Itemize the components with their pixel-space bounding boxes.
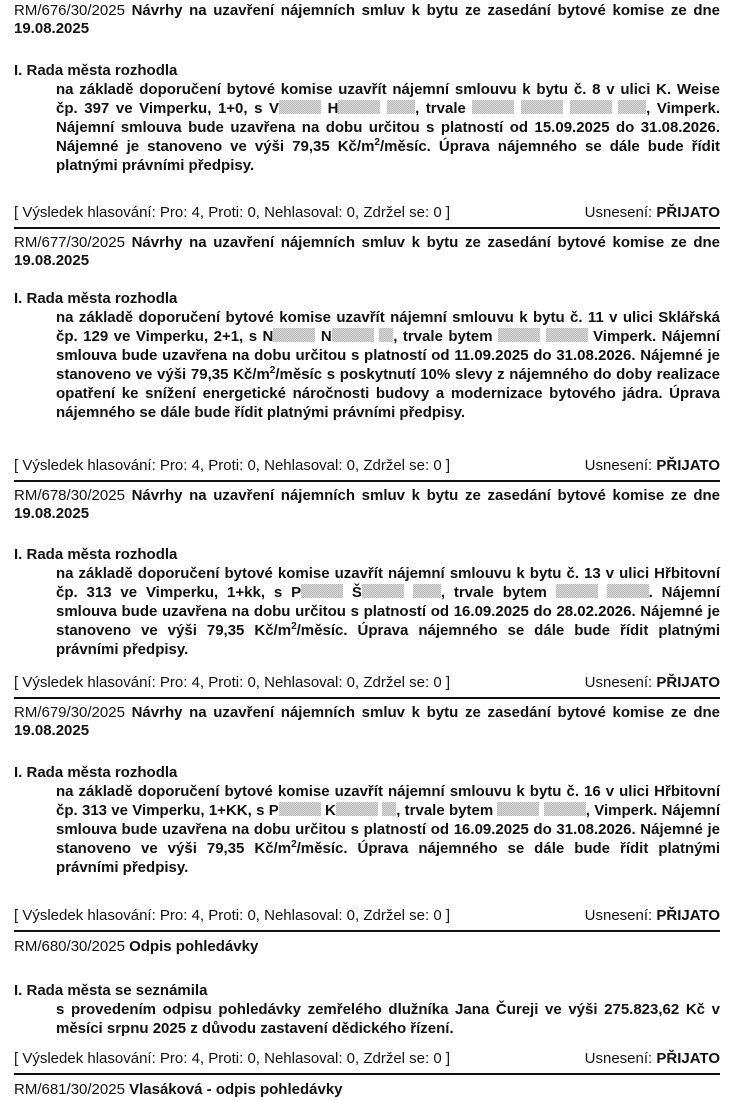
- resolution-number: RM/676/30/2025: [14, 2, 125, 19]
- resolution-heading: RM/679/30/2025 Návrhy na uzavření nájemn…: [14, 704, 720, 740]
- resolution-number: RM/681/30/2025: [14, 1081, 125, 1098]
- redacted-address: [570, 100, 612, 114]
- resolution-title: Vlasáková - odpis pohledávky: [129, 1081, 342, 1098]
- redacted-address: [544, 802, 586, 816]
- redacted-address: [521, 100, 563, 114]
- vote-summary: [ Výsledek hlasování: Pro: 4, Proti: 0, …: [14, 1050, 450, 1068]
- resolution-678: RM/678/30/2025 Návrhy na uzavření nájemn…: [14, 485, 720, 523]
- vote-summary: [ Výsledek hlasování: Pro: 4, Proti: 0, …: [14, 457, 450, 475]
- redacted-name: [387, 100, 415, 114]
- redacted-name: [336, 802, 378, 816]
- decision-label: I. Rada města rozhodla: [14, 546, 720, 564]
- redacted-name: [379, 328, 393, 342]
- vote-result-row: [ Výsledek hlasování: Pro: 4, Proti: 0, …: [14, 204, 720, 229]
- redacted-address: [472, 100, 514, 114]
- resolution-676: RM/676/30/2025 Návrhy na uzavření nájemn…: [14, 0, 720, 38]
- redacted-name: [362, 584, 404, 598]
- resolution-heading: RM/681/30/2025 Vlasáková - odpis pohledá…: [14, 1081, 720, 1099]
- redacted-address: [498, 328, 540, 342]
- decision-text: na základě doporučení bytové komise uzav…: [56, 782, 720, 877]
- redacted-address: [556, 584, 598, 598]
- vote-summary: [ Výsledek hlasování: Pro: 4, Proti: 0, …: [14, 204, 450, 222]
- resolution-number: RM/680/30/2025: [14, 938, 125, 955]
- decision-text: s provedením odpisu pohledávky zemřelého…: [56, 1000, 720, 1038]
- redacted-address: [497, 802, 539, 816]
- redacted-address: [546, 328, 588, 342]
- redacted-name: [332, 328, 374, 342]
- redacted-address: [618, 100, 646, 114]
- status-badge: PŘIJATO: [656, 204, 720, 221]
- resolution-677: RM/677/30/2025 Návrhy na uzavření nájemn…: [14, 232, 720, 270]
- resolution-status: Usnesení: PŘIJATO: [585, 674, 720, 692]
- decision-label: I. Rada města rozhodla: [14, 764, 720, 782]
- redacted-name: [279, 100, 321, 114]
- resolution-number: RM/677/30/2025: [14, 234, 125, 251]
- decision-label: I. Rada města se seznámila: [14, 982, 720, 1000]
- resolution-681: RM/681/30/2025 Vlasáková - odpis pohledá…: [14, 1079, 720, 1099]
- vote-result-row: [ Výsledek hlasování: Pro: 4, Proti: 0, …: [14, 1050, 720, 1075]
- resolution-number: RM/678/30/2025: [14, 487, 125, 504]
- resolution-status: Usnesení: PŘIJATO: [585, 907, 720, 925]
- redacted-name: [413, 584, 441, 598]
- decision-text: na základě doporučení bytové komise uzav…: [56, 564, 720, 659]
- redacted-name: [382, 802, 396, 816]
- status-badge: PŘIJATO: [656, 907, 720, 924]
- vote-summary: [ Výsledek hlasování: Pro: 4, Proti: 0, …: [14, 907, 450, 925]
- resolution-status: Usnesení: PŘIJATO: [585, 457, 720, 475]
- status-badge: PŘIJATO: [656, 674, 720, 691]
- resolution-heading: RM/677/30/2025 Návrhy na uzavření nájemn…: [14, 234, 720, 270]
- resolution-680: RM/680/30/2025 Odpis pohledávky: [14, 936, 720, 956]
- redacted-name: [301, 584, 343, 598]
- resolution-679: RM/679/30/2025 Návrhy na uzavření nájemn…: [14, 702, 720, 740]
- resolution-number: RM/679/30/2025: [14, 704, 125, 721]
- status-badge: PŘIJATO: [656, 1050, 720, 1067]
- decision-label: I. Rada města rozhodla: [14, 62, 720, 80]
- resolution-heading: RM/680/30/2025 Odpis pohledávky: [14, 938, 720, 956]
- resolution-title: Odpis pohledávky: [129, 938, 258, 955]
- redacted-name: [273, 328, 315, 342]
- vote-result-row: [ Výsledek hlasování: Pro: 4, Proti: 0, …: [14, 674, 720, 699]
- decision-label: I. Rada města rozhodla: [14, 290, 720, 308]
- status-badge: PŘIJATO: [656, 457, 720, 474]
- decision-text: na základě doporučení bytové komise uzav…: [56, 308, 720, 422]
- resolution-heading: RM/676/30/2025 Návrhy na uzavření nájemn…: [14, 2, 720, 38]
- redacted-name: [279, 802, 321, 816]
- vote-result-row: [ Výsledek hlasování: Pro: 4, Proti: 0, …: [14, 907, 720, 932]
- redacted-address: [607, 584, 649, 598]
- resolution-heading: RM/678/30/2025 Návrhy na uzavření nájemn…: [14, 487, 720, 523]
- vote-summary: [ Výsledek hlasování: Pro: 4, Proti: 0, …: [14, 674, 450, 692]
- vote-result-row: [ Výsledek hlasování: Pro: 4, Proti: 0, …: [14, 457, 720, 482]
- decision-text: na základě doporučení bytové komise uzav…: [56, 80, 720, 175]
- redacted-name: [338, 100, 380, 114]
- resolution-status: Usnesení: PŘIJATO: [585, 1050, 720, 1068]
- resolution-status: Usnesení: PŘIJATO: [585, 204, 720, 222]
